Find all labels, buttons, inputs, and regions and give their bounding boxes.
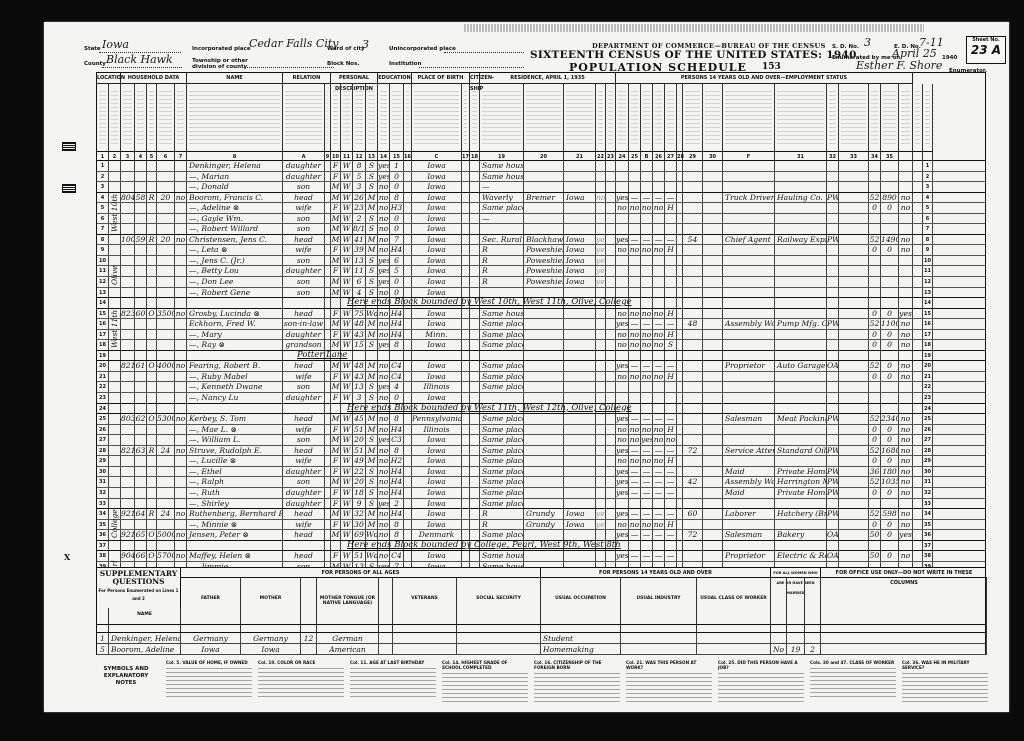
cell-empty bbox=[462, 319, 470, 329]
cell-own bbox=[147, 520, 157, 530]
supplementary-column-header: FATHER bbox=[181, 578, 241, 624]
cell-empty bbox=[606, 214, 616, 224]
cell-own bbox=[147, 330, 157, 340]
cell-wage: 0 bbox=[881, 551, 899, 561]
cell-relation: daughter bbox=[283, 266, 325, 276]
cell-own bbox=[147, 161, 157, 171]
cell-name: —, Marian bbox=[187, 172, 283, 182]
cell-school: no bbox=[378, 530, 390, 540]
cell-empty bbox=[839, 499, 869, 509]
line-number: 19 bbox=[923, 351, 933, 361]
column-number: 13 bbox=[366, 151, 378, 161]
cell-farm35: yes bbox=[596, 245, 606, 255]
cell-class bbox=[827, 330, 839, 340]
cell-industry: Private Home bbox=[775, 488, 827, 498]
cell-class bbox=[827, 256, 839, 266]
cell-hours bbox=[683, 456, 703, 466]
margin-tab bbox=[62, 142, 76, 151]
cell-house-wk bbox=[653, 382, 665, 392]
cell-otherinc: no bbox=[899, 235, 913, 245]
table-row: 2082161O4000noFearing, Robert B.headMW48… bbox=[97, 361, 985, 372]
cell-empty bbox=[606, 499, 616, 509]
cell-empty bbox=[109, 541, 121, 551]
cell-pubwork: — bbox=[641, 319, 653, 329]
cell-age: 6 bbox=[353, 277, 366, 287]
cell-own: O bbox=[147, 361, 157, 371]
cell-race: W bbox=[341, 309, 353, 319]
cell-res-state bbox=[564, 172, 596, 182]
cell-grade: 8 bbox=[390, 340, 404, 350]
supplementary-father: Germany bbox=[181, 633, 241, 644]
cell-empty bbox=[470, 520, 480, 530]
supplementary-column-number bbox=[97, 624, 109, 633]
cell-class: OA bbox=[827, 530, 839, 540]
cell-fam bbox=[135, 520, 147, 530]
cell-res-county bbox=[524, 499, 564, 509]
cell-age: 30 bbox=[353, 520, 366, 530]
cell-empty bbox=[913, 245, 923, 255]
cell-farm: no bbox=[175, 551, 187, 561]
cell-house-wk: — bbox=[653, 235, 665, 245]
cell-relation: head bbox=[283, 551, 325, 561]
cell-farm bbox=[175, 319, 187, 329]
supplementary-occupation: Student bbox=[541, 633, 621, 644]
cell-wage: 0 bbox=[881, 425, 899, 435]
cell-own bbox=[147, 425, 157, 435]
cell-res-state bbox=[564, 214, 596, 224]
cell-wage: 2340 bbox=[881, 414, 899, 424]
cell-sex: F bbox=[331, 520, 341, 530]
cell-name: —, Donald bbox=[187, 182, 283, 192]
cell-value bbox=[157, 245, 175, 255]
table-row: 1Denkinger, HelenadaughterFW8Syes1IowaSa… bbox=[97, 161, 985, 172]
cell-name: Ruthenberg, Bernhard E. bbox=[187, 509, 283, 519]
cell-own bbox=[147, 203, 157, 213]
cell-marital: M bbox=[366, 425, 378, 435]
cell-pubwork: no bbox=[641, 520, 653, 530]
cell-other: H bbox=[665, 520, 677, 530]
cell-marital: S bbox=[366, 214, 378, 224]
cell-own bbox=[147, 351, 157, 361]
column-instructions bbox=[109, 84, 121, 151]
cell-pubwork: — bbox=[641, 467, 653, 477]
column-instructions bbox=[378, 84, 390, 151]
cell-wage: 0 bbox=[881, 488, 899, 498]
cell-own bbox=[147, 467, 157, 477]
cell-sex: F bbox=[331, 266, 341, 276]
cell-otherinc: no bbox=[899, 467, 913, 477]
cell-other: — bbox=[665, 488, 677, 498]
cell-fam bbox=[135, 467, 147, 477]
cell-school: no bbox=[378, 309, 390, 319]
cell-otherinc: no bbox=[899, 520, 913, 530]
cell-weeks bbox=[703, 256, 723, 266]
cell-weeks bbox=[703, 266, 723, 276]
cell-empty bbox=[913, 456, 923, 466]
cell-industry bbox=[775, 435, 827, 445]
supplementary-column-header bbox=[821, 578, 987, 624]
table-row: 10—, Jens C. (Jr.)sonMW13Syes6IowaRPowes… bbox=[97, 256, 985, 267]
cell-empty bbox=[404, 446, 412, 456]
cell-empty bbox=[606, 372, 616, 382]
cell-value bbox=[157, 435, 175, 445]
supplementary-column-header: MOTHER TONGUE (OR NATIVE LANGUAGE) bbox=[317, 578, 379, 624]
cell-fam: 58 bbox=[135, 193, 147, 203]
cell-other: — bbox=[665, 235, 677, 245]
column-number: 1 bbox=[97, 151, 109, 161]
cell-class bbox=[827, 172, 839, 182]
cell-empty bbox=[404, 393, 412, 403]
cell-house bbox=[121, 288, 135, 298]
cell-own: O bbox=[147, 530, 157, 540]
supplementary-women-married-more bbox=[771, 633, 787, 644]
column-instructions bbox=[470, 84, 480, 151]
cell-wage bbox=[881, 277, 899, 287]
cell-res-state bbox=[564, 488, 596, 498]
cell-farm bbox=[175, 161, 187, 171]
cell-weeks bbox=[703, 372, 723, 382]
cell-relation: son bbox=[283, 224, 325, 234]
cell-empty bbox=[404, 477, 412, 487]
cell-other: — bbox=[665, 477, 677, 487]
cell-farm bbox=[175, 245, 187, 255]
cell-race: W bbox=[341, 256, 353, 266]
margin-tab bbox=[62, 184, 76, 193]
cell-wk1939 bbox=[869, 288, 881, 298]
cell-otherinc: no bbox=[899, 203, 913, 213]
supplementary-column-number bbox=[621, 624, 697, 633]
cell-marital: M bbox=[366, 520, 378, 530]
cell-occupation bbox=[723, 172, 775, 182]
cell-own bbox=[147, 256, 157, 266]
cell-other: — bbox=[665, 509, 677, 519]
cell-house bbox=[121, 172, 135, 182]
cell-value bbox=[157, 425, 175, 435]
cell-work: yes bbox=[616, 361, 629, 371]
cell-empty bbox=[839, 477, 869, 487]
cell-empty bbox=[109, 477, 121, 487]
cell-house bbox=[121, 372, 135, 382]
cell-empty bbox=[404, 330, 412, 340]
cell-farm35 bbox=[596, 530, 606, 540]
cell-occupation bbox=[723, 330, 775, 340]
table-row: 5—, Adeline ⊗wifeFW23MnoH3IowaSame place… bbox=[97, 203, 985, 214]
cell-fam bbox=[135, 298, 147, 308]
cell-grade: H4 bbox=[390, 245, 404, 255]
supplementary-empty-cell bbox=[393, 644, 457, 655]
cell-work bbox=[616, 288, 629, 298]
cell-line: 19 bbox=[97, 351, 109, 361]
cell-sex: M bbox=[331, 477, 341, 487]
cell-otherinc bbox=[899, 256, 913, 266]
cell-farm35: yes bbox=[596, 277, 606, 287]
cell-farm bbox=[175, 351, 187, 361]
cell-value bbox=[157, 182, 175, 192]
block-boundary-note: Potter Lane bbox=[297, 350, 347, 360]
cell-empty bbox=[109, 172, 121, 182]
cell-weeks bbox=[703, 509, 723, 519]
cell-value bbox=[157, 224, 175, 234]
cell-occupation bbox=[723, 372, 775, 382]
cell-school: no bbox=[378, 551, 390, 561]
group-14-over: FOR PERSONS 14 YEARS OLD AND OVER bbox=[541, 568, 771, 578]
cell-class bbox=[827, 288, 839, 298]
cell-empty bbox=[839, 520, 869, 530]
cell-relation: head bbox=[283, 361, 325, 371]
note-text bbox=[810, 667, 896, 697]
cell-class bbox=[827, 214, 839, 224]
cell-weeks bbox=[703, 351, 723, 361]
cell-other: S bbox=[665, 340, 677, 350]
cell-birthplace: Iowa bbox=[412, 340, 462, 350]
cell-own bbox=[147, 499, 157, 509]
column-instructions bbox=[564, 84, 596, 151]
cell-value bbox=[157, 288, 175, 298]
cell-farm bbox=[175, 340, 187, 350]
cell-school: no bbox=[378, 446, 390, 456]
cell-fam bbox=[135, 340, 147, 350]
cell-house bbox=[121, 245, 135, 255]
cell-weeks bbox=[703, 477, 723, 487]
cell-farm35 bbox=[596, 477, 606, 487]
cell-empty bbox=[470, 309, 480, 319]
line-number: 30 bbox=[923, 467, 933, 477]
note-text bbox=[902, 672, 988, 702]
cell-house bbox=[121, 182, 135, 192]
cell-otherinc: no bbox=[899, 340, 913, 350]
cell-wage bbox=[881, 351, 899, 361]
cell-res1935 bbox=[480, 224, 524, 234]
cell-res-county bbox=[524, 551, 564, 561]
cell-empty bbox=[462, 372, 470, 382]
cell-sex: F bbox=[331, 161, 341, 171]
cell-farm bbox=[175, 520, 187, 530]
cell-weeks bbox=[703, 340, 723, 350]
cell-grade: H4 bbox=[390, 467, 404, 477]
cell-industry bbox=[775, 499, 827, 509]
cell-value bbox=[157, 456, 175, 466]
cell-grade: 8 bbox=[390, 193, 404, 203]
cell-otherinc: yes bbox=[899, 309, 913, 319]
cell-industry bbox=[775, 266, 827, 276]
cell-empty bbox=[109, 382, 121, 392]
cell-empty bbox=[606, 446, 616, 456]
table-row: 17—, MarydaughterFW43MnoH4Minn.Same plac… bbox=[97, 330, 985, 341]
cell-marital: Wd bbox=[366, 309, 378, 319]
cell-relation: head bbox=[283, 235, 325, 245]
cell-res1935: Same place bbox=[480, 499, 524, 509]
note-heading: Col. 10. COLOR OR RACE bbox=[258, 660, 344, 665]
column-headers: LOCATIONHOUSEHOLD DATANAMERELATIONPERSON… bbox=[97, 73, 985, 161]
cell-farm bbox=[175, 277, 187, 287]
cell-otherinc: no bbox=[899, 446, 913, 456]
cell-empty bbox=[462, 446, 470, 456]
note-heading: Cols. 30 and 47. CLASS OF WORKER bbox=[810, 660, 896, 665]
cell-otherinc bbox=[899, 382, 913, 392]
cell-seek: — bbox=[629, 446, 641, 456]
cell-industry bbox=[775, 224, 827, 234]
supplementary-column-header: VETERANS bbox=[393, 578, 457, 624]
column-number: 17 bbox=[462, 151, 470, 161]
cell-relation: head bbox=[283, 530, 325, 540]
cell-value: 5700 bbox=[157, 551, 175, 561]
cell-pubwork bbox=[641, 541, 653, 551]
cell-house-wk: no bbox=[653, 340, 665, 350]
cell-occupation: Laborer bbox=[723, 509, 775, 519]
cell-birthplace: Iowa bbox=[412, 361, 462, 371]
cell-other bbox=[665, 382, 677, 392]
cell-relation: head bbox=[283, 414, 325, 424]
cell-res1935: Same place bbox=[480, 488, 524, 498]
cell-house-wk: no bbox=[653, 309, 665, 319]
cell-pubwork bbox=[641, 351, 653, 361]
cell-weeks bbox=[703, 393, 723, 403]
cell-school: no bbox=[378, 224, 390, 234]
cell-value bbox=[157, 214, 175, 224]
line-number: 18 bbox=[923, 340, 933, 350]
cell-birthplace: Iowa bbox=[412, 203, 462, 213]
cell-grade: H4 bbox=[390, 509, 404, 519]
column-number: 32 bbox=[827, 151, 839, 161]
cell-empty bbox=[109, 446, 121, 456]
cell-birthplace: Iowa bbox=[412, 182, 462, 192]
cell-farm35 bbox=[596, 551, 606, 561]
line-number: 31 bbox=[923, 477, 933, 487]
cell-wage bbox=[881, 541, 899, 551]
supplementary-industry bbox=[621, 633, 697, 644]
ward-label: Ward of city bbox=[327, 46, 365, 52]
cell-work bbox=[616, 351, 629, 361]
supplementary-column-number bbox=[457, 624, 541, 633]
column-number: 10 bbox=[331, 151, 341, 161]
cell-grade: 2 bbox=[390, 499, 404, 509]
cell-empty bbox=[404, 182, 412, 192]
cell-work: yes bbox=[616, 319, 629, 329]
line-number: 12 bbox=[923, 277, 933, 287]
note-text bbox=[350, 667, 436, 697]
cell-empty bbox=[470, 203, 480, 213]
column-instructions bbox=[653, 84, 665, 151]
cell-age: 43 bbox=[353, 372, 366, 382]
cell-empty bbox=[470, 425, 480, 435]
cell-seek bbox=[629, 499, 641, 509]
cell-name: —, Leta ⊗ bbox=[187, 245, 283, 255]
cell-name: Kerbey, S. Tom bbox=[187, 414, 283, 424]
table-row: 6—, Gayle Wm.sonMW2Sno0Iowa—6 bbox=[97, 214, 985, 225]
table-row: 22—, Kenneth DwanesonMW13Syes4IllinoisSa… bbox=[97, 382, 985, 393]
cell-other bbox=[665, 393, 677, 403]
cell-empty bbox=[404, 382, 412, 392]
cell-res-state bbox=[564, 309, 596, 319]
cell-work: yes bbox=[616, 509, 629, 519]
cell-farm35: no bbox=[596, 193, 606, 203]
cell-empty bbox=[606, 309, 616, 319]
cell-race: W bbox=[341, 467, 353, 477]
cell-line: 18 bbox=[97, 340, 109, 350]
note-block: Col. 36. WAS HE IN MILITARY SERVICE? bbox=[902, 660, 988, 700]
cell-empty bbox=[404, 319, 412, 329]
cell-class bbox=[827, 351, 839, 361]
column-number: 33 bbox=[839, 151, 869, 161]
cell-seek bbox=[629, 288, 641, 298]
cell-grade: 0 bbox=[390, 172, 404, 182]
cell-empty bbox=[913, 214, 923, 224]
cell-fam bbox=[135, 425, 147, 435]
cell-empty bbox=[839, 361, 869, 371]
cell-relation: wife bbox=[283, 520, 325, 530]
cell-empty bbox=[913, 288, 923, 298]
cell-race: W bbox=[341, 477, 353, 487]
cell-empty bbox=[606, 509, 616, 519]
cell-age: 26 bbox=[353, 193, 366, 203]
cell-empty bbox=[839, 319, 869, 329]
cell-name: —, Jens C. (Jr.) bbox=[187, 256, 283, 266]
cell-otherinc: no bbox=[899, 193, 913, 203]
cell-empty bbox=[462, 530, 470, 540]
population-table: LOCATIONHOUSEHOLD DATANAMERELATIONPERSON… bbox=[96, 72, 986, 584]
cell-res1935: Same place bbox=[480, 477, 524, 487]
cell-hours bbox=[683, 245, 703, 255]
cell-empty bbox=[470, 193, 480, 203]
table-row: 26—, Mae L. ⊗wifeFW51MnoH4IllinoisSame p… bbox=[97, 425, 985, 436]
cell-farm bbox=[175, 456, 187, 466]
cell-empty bbox=[404, 224, 412, 234]
explanatory-notes: SYMBOLS AND EXPLANATORY NOTES Col. 5. VA… bbox=[96, 658, 986, 702]
cell-empty bbox=[839, 309, 869, 319]
cell-fam: 63 bbox=[135, 446, 147, 456]
note-heading: Col. 5. VALUE OF HOME, IF OWNED bbox=[166, 660, 252, 665]
cell-res-county: Poweshiek bbox=[524, 277, 564, 287]
cell-hours bbox=[683, 330, 703, 340]
cell-birthplace: Iowa bbox=[412, 235, 462, 245]
cell-name: —, Gayle Wm. bbox=[187, 214, 283, 224]
cell-fam bbox=[135, 214, 147, 224]
cell-value bbox=[157, 330, 175, 340]
cell-otherinc bbox=[899, 277, 913, 287]
column-instructions bbox=[596, 84, 606, 151]
cell-house-wk bbox=[653, 182, 665, 192]
cell-fam bbox=[135, 203, 147, 213]
cell-relation bbox=[283, 404, 325, 414]
cell-empty bbox=[470, 530, 480, 540]
cell-empty bbox=[404, 351, 412, 361]
cell-house-wk: — bbox=[653, 530, 665, 540]
cell-work bbox=[616, 172, 629, 182]
cell-house-wk: no bbox=[653, 520, 665, 530]
cell-res1935: — bbox=[480, 182, 524, 192]
line-number: 29 bbox=[923, 456, 933, 466]
cell-industry bbox=[775, 203, 827, 213]
supplementary-column-number bbox=[821, 624, 987, 633]
cell-name bbox=[187, 298, 283, 308]
cell-res-state bbox=[564, 530, 596, 540]
cell-wk1939: 52 bbox=[869, 319, 881, 329]
cell-empty bbox=[462, 330, 470, 340]
cell-house-wk bbox=[653, 288, 665, 298]
note-heading: Col. 11. AGE AT LAST BIRTHDAY bbox=[350, 660, 436, 665]
cell-age: 51 bbox=[353, 446, 366, 456]
cell-name: —, Adeline ⊗ bbox=[187, 203, 283, 213]
column-number: 34 bbox=[869, 151, 881, 161]
cell-wk1939: 36 bbox=[869, 467, 881, 477]
cell-empty bbox=[404, 235, 412, 245]
cell-occupation bbox=[723, 499, 775, 509]
cell-otherinc bbox=[899, 351, 913, 361]
cell-name bbox=[187, 351, 283, 361]
cell-marital: S bbox=[366, 467, 378, 477]
cell-res-state bbox=[564, 372, 596, 382]
cell-fam bbox=[135, 319, 147, 329]
